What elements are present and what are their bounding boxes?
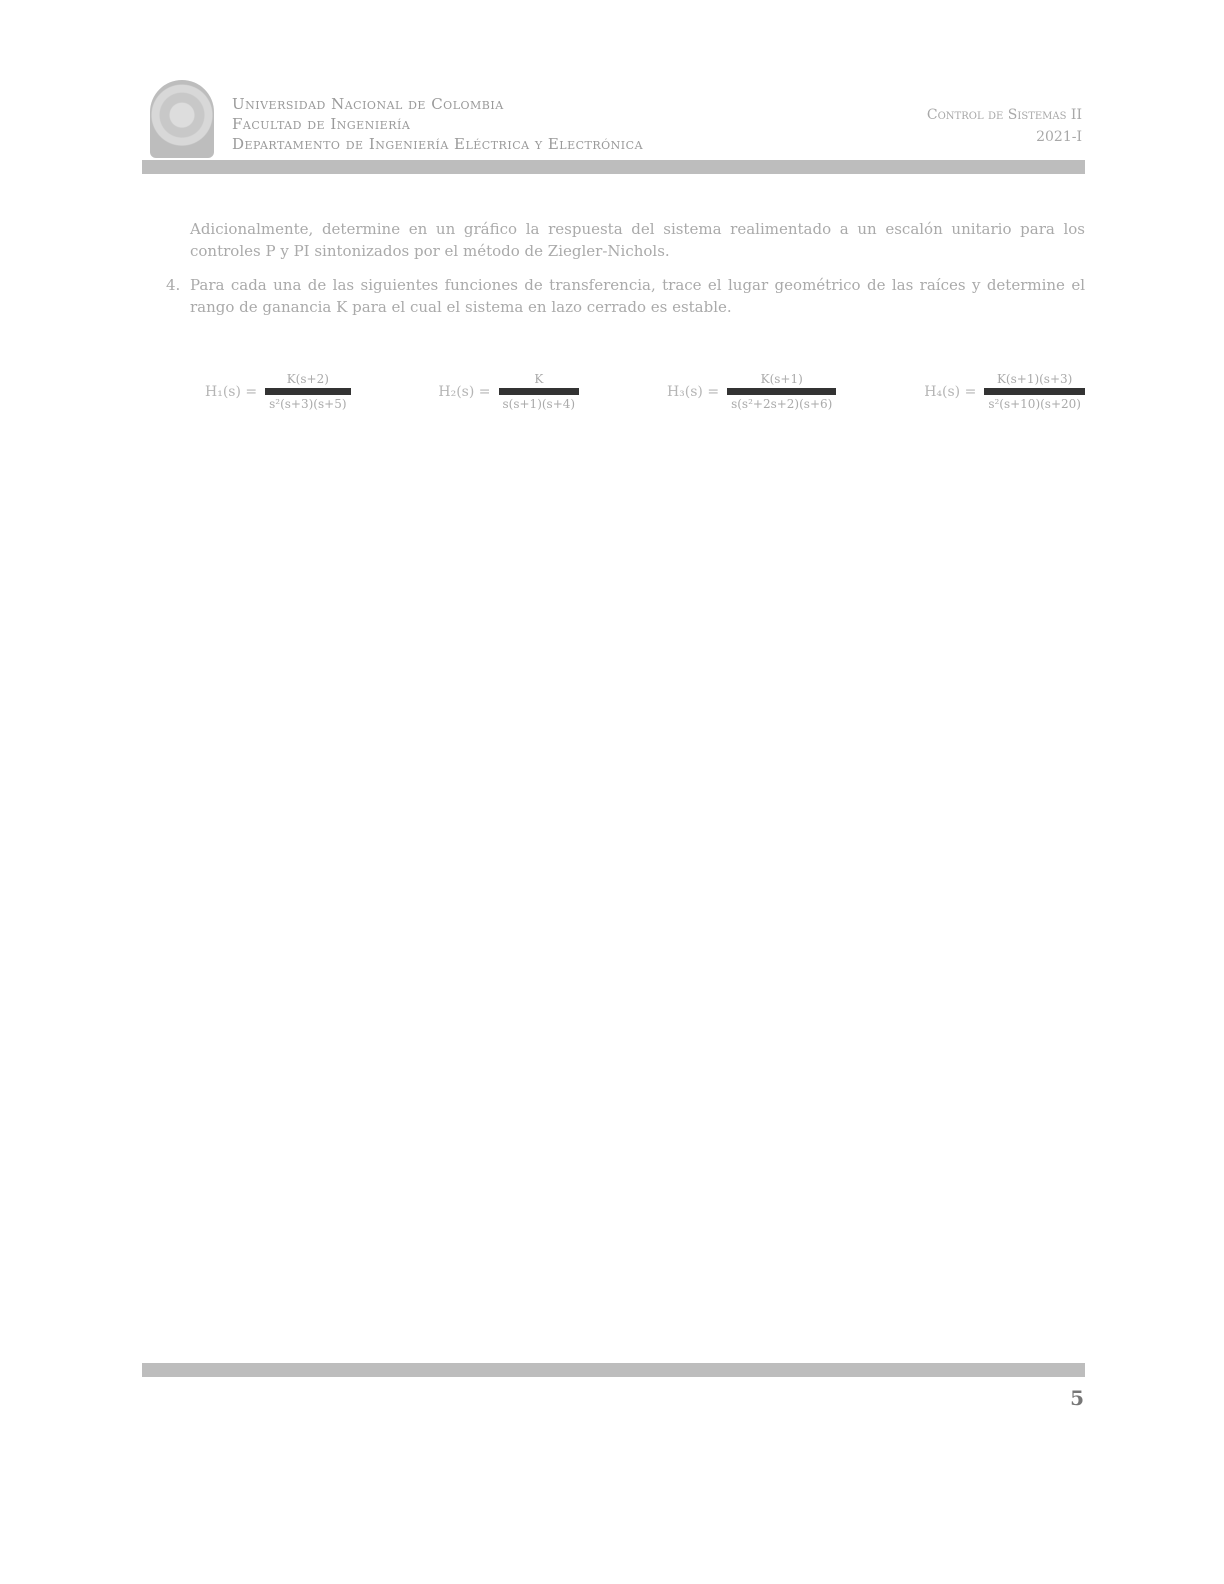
- equation-label: H₃(s) =: [667, 384, 719, 400]
- fraction: K(s+2) s²(s+3)(s+5): [265, 372, 350, 411]
- document-body: Adicionalmente, determine en un gráfico …: [190, 218, 1085, 318]
- numerator: K(s+1)(s+3): [993, 372, 1076, 386]
- fraction-bar: [265, 388, 350, 395]
- equation-h4: H₄(s) = K(s+1)(s+3) s²(s+10)(s+20): [924, 372, 1085, 411]
- equation-h3: H₃(s) = K(s+1) s(s²+2s+2)(s+6): [667, 372, 836, 411]
- header-divider: [142, 160, 1085, 174]
- denominator: s(s²+2s+2)(s+6): [727, 397, 836, 411]
- numerator: K(s+1): [757, 372, 807, 386]
- fraction-bar: [984, 388, 1085, 395]
- fraction: K(s+1)(s+3) s²(s+10)(s+20): [984, 372, 1085, 411]
- numerator: K: [530, 372, 547, 386]
- course-term: 2021-I: [927, 126, 1082, 148]
- course-name: Control de Sistemas II: [927, 104, 1082, 126]
- equation-label: H₄(s) =: [924, 384, 976, 400]
- equation-h1: H₁(s) = K(s+2) s²(s+3)(s+5): [205, 372, 351, 411]
- denominator: s(s+1)(s+4): [499, 397, 580, 411]
- fraction: K(s+1) s(s²+2s+2)(s+6): [727, 372, 836, 411]
- denominator: s²(s+3)(s+5): [265, 397, 350, 411]
- equation-label: H₂(s) =: [438, 384, 490, 400]
- institution-name: Universidad Nacional de Colombia: [232, 94, 643, 114]
- exercise-number: 4.: [166, 274, 180, 296]
- fraction: K s(s+1)(s+4): [499, 372, 580, 411]
- exercise-item: 4. Para cada una de las siguientes funci…: [190, 274, 1085, 318]
- equation-label: H₁(s) =: [205, 384, 257, 400]
- fraction-bar: [727, 388, 836, 395]
- intro-paragraph: Adicionalmente, determine en un gráfico …: [190, 218, 1085, 262]
- institution-header: Universidad Nacional de Colombia Faculta…: [232, 94, 643, 154]
- footer-divider: [142, 1363, 1085, 1377]
- equation-h2: H₂(s) = K s(s+1)(s+4): [438, 372, 579, 411]
- denominator: s²(s+10)(s+20): [984, 397, 1085, 411]
- page-number: 5: [1070, 1386, 1084, 1410]
- course-header: Control de Sistemas II 2021-I: [927, 104, 1082, 148]
- transfer-functions: H₁(s) = K(s+2) s²(s+3)(s+5) H₂(s) = K s(…: [205, 372, 1085, 411]
- numerator: K(s+2): [283, 372, 333, 386]
- document-page: Universidad Nacional de Colombia Faculta…: [0, 0, 1224, 1584]
- faculty-name: Facultad de Ingeniería: [232, 114, 643, 134]
- fraction-bar: [499, 388, 580, 395]
- exercise-text: Para cada una de las siguientes funcione…: [190, 276, 1085, 316]
- university-seal-icon: [150, 80, 214, 158]
- department-name: Departamento de Ingeniería Eléctrica y E…: [232, 134, 643, 154]
